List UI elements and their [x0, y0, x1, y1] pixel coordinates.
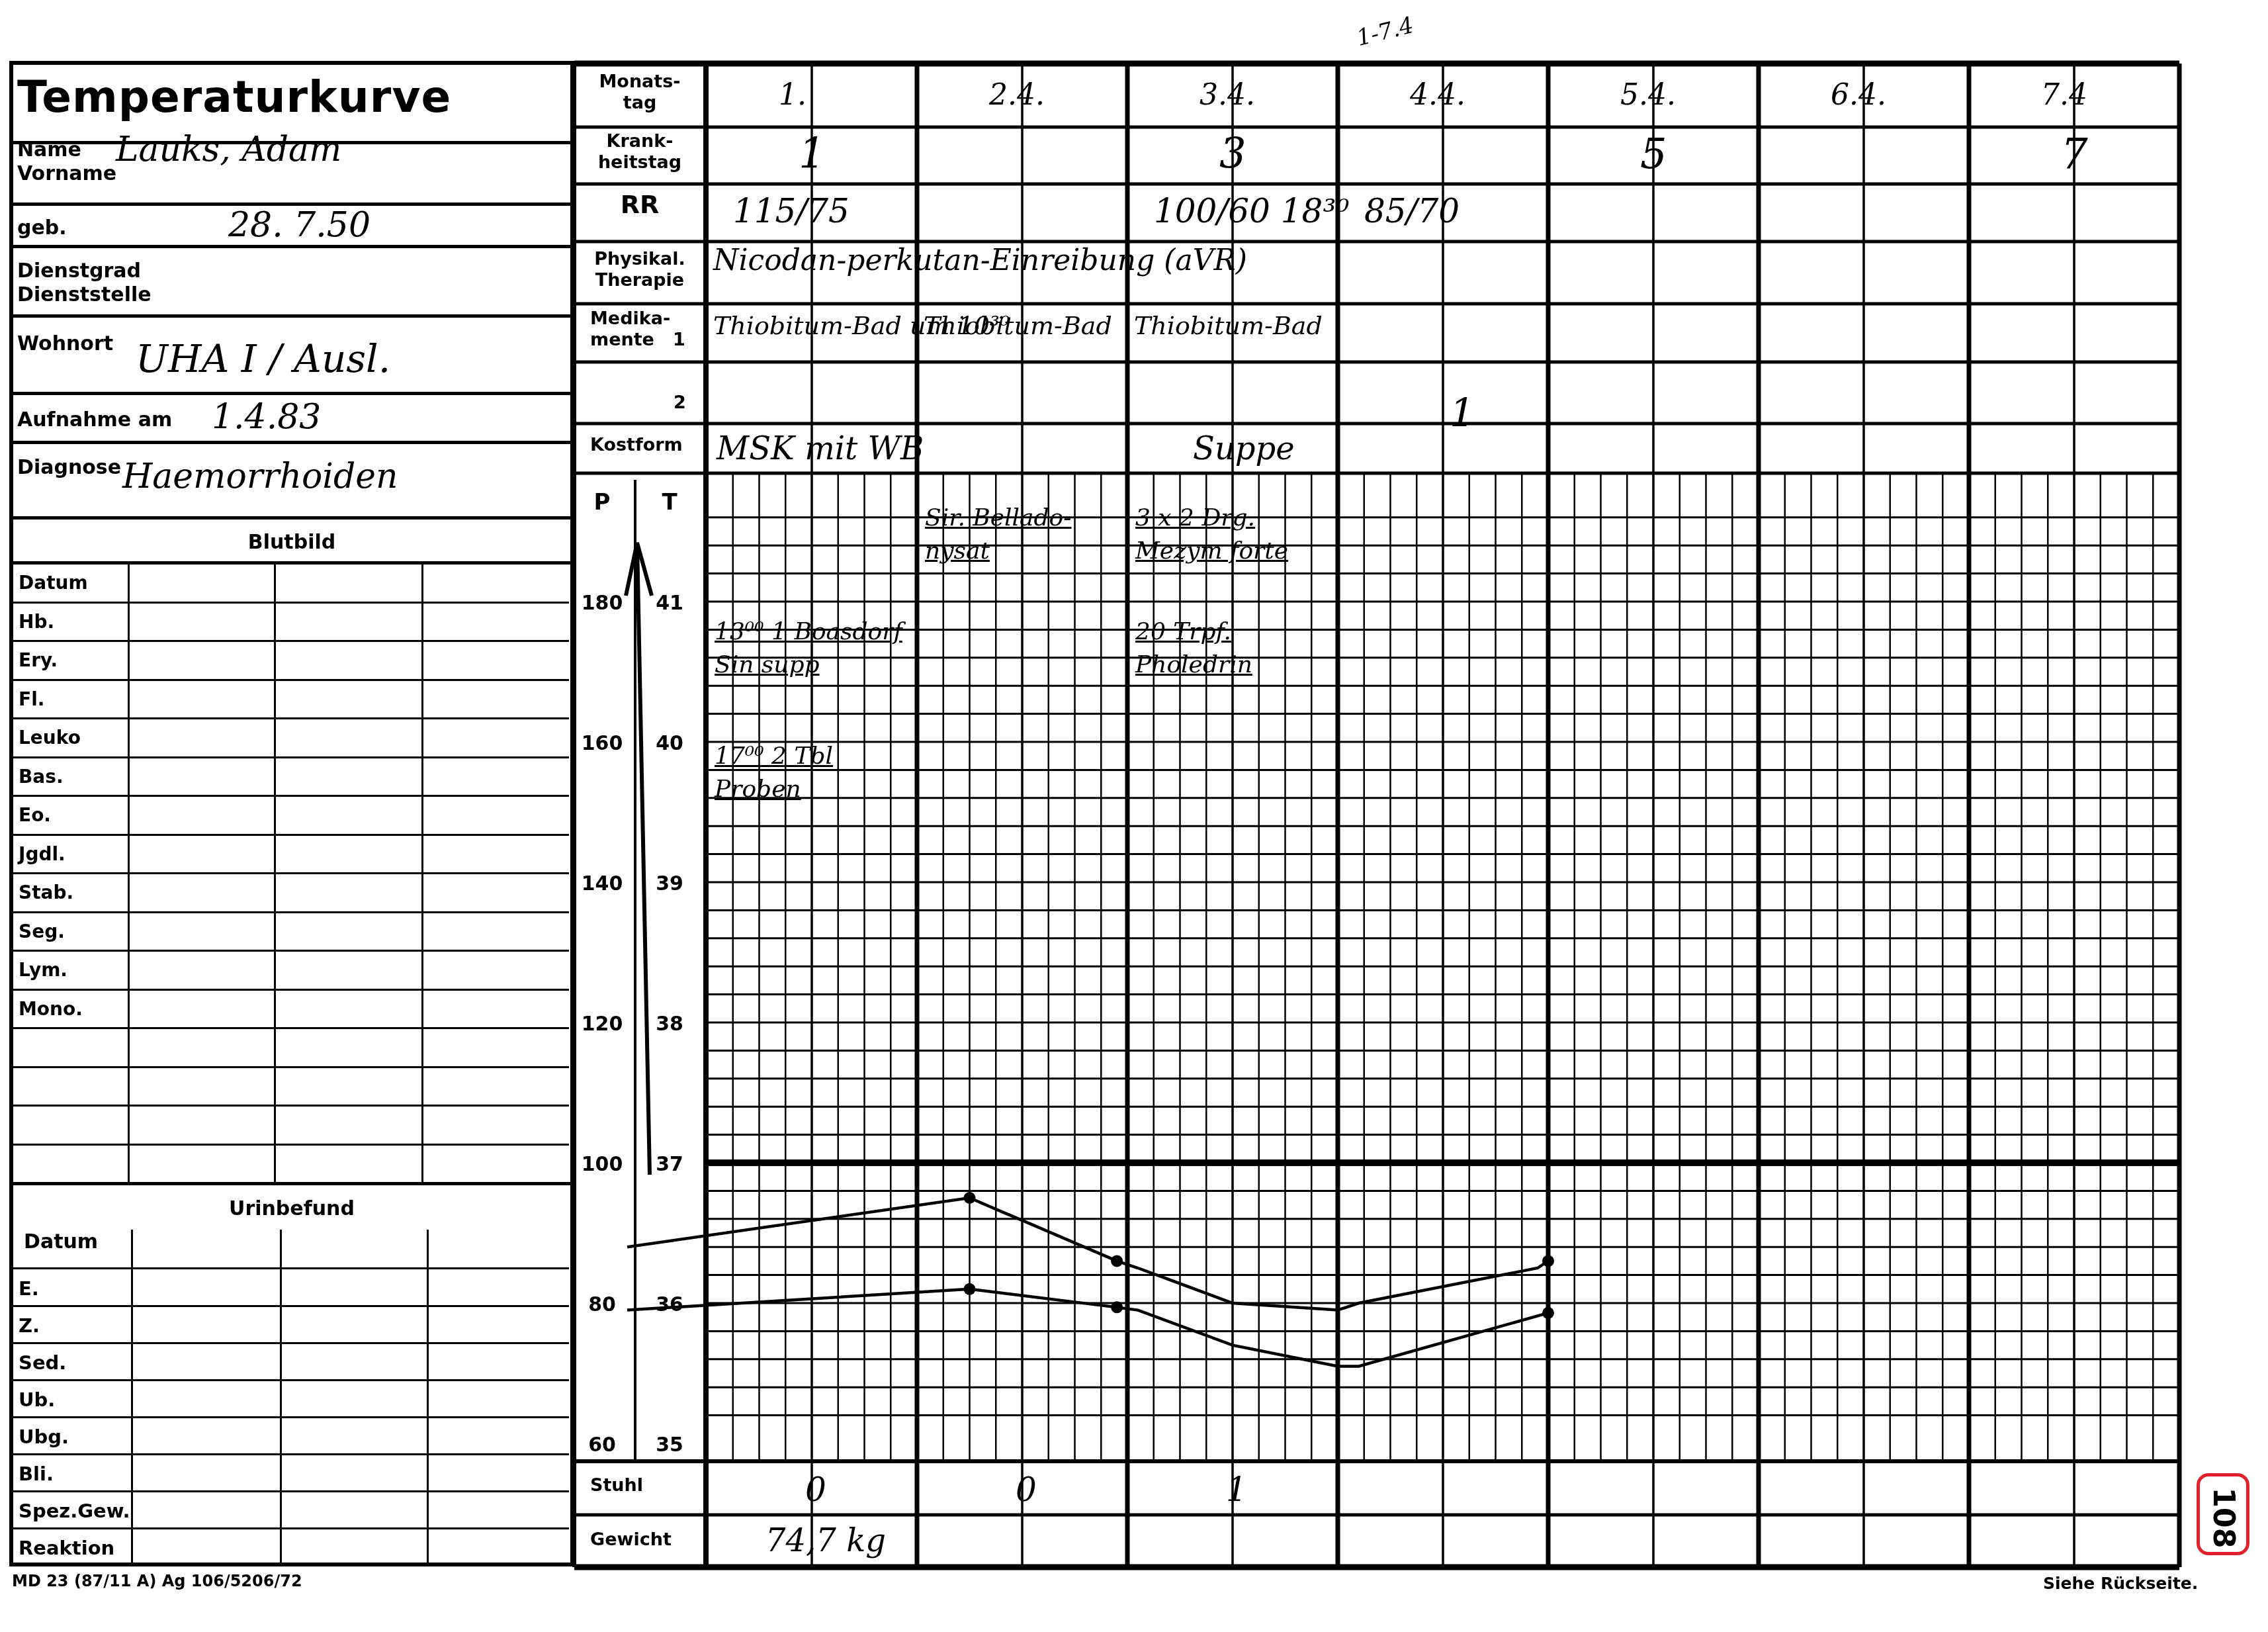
page-number: 108 [2206, 1488, 2240, 1541]
medikamente2-label: 2 [674, 392, 686, 414]
chart-annotation: 17⁰⁰ 2 Tbl Proben [715, 740, 912, 806]
rr-cell[interactable]: 85/70 [1364, 192, 1460, 230]
medikamente-label: Medika- mente 1 [590, 308, 703, 351]
stuhl-label: Stuhl [590, 1474, 643, 1497]
monatstag-cell[interactable]: 4.4. [1410, 78, 1465, 112]
monatstag-cell[interactable]: 6.4. [1831, 78, 1886, 112]
physikal-therapie-entry[interactable]: Nicodan-perkutan-Einreibung (aVR) [713, 244, 1247, 277]
monatstag-label: Monats- tag [577, 71, 703, 114]
svg-text:37: 37 [656, 1153, 683, 1176]
kostform-label: Kostform [590, 434, 683, 457]
svg-text:40: 40 [656, 732, 683, 755]
krankheitstag-cell[interactable]: 5 [1640, 130, 1667, 179]
kostform-cell[interactable]: MSK mit WB [717, 430, 924, 467]
svg-text:160: 160 [582, 732, 623, 755]
gewicht-cell[interactable]: 74,7 kg [765, 1522, 886, 1559]
kostform-cell[interactable]: Suppe [1193, 430, 1295, 467]
monatstag-cell[interactable]: 5.4. [1620, 78, 1676, 112]
svg-text:35: 35 [656, 1433, 683, 1457]
svg-text:140: 140 [582, 872, 623, 895]
svg-text:39: 39 [656, 872, 683, 895]
monatstag-cell[interactable]: 2.4. [989, 78, 1045, 112]
rr-cell[interactable]: 115/75 [733, 192, 850, 230]
krankheitstag-cell[interactable]: 3 [1219, 130, 1246, 179]
krankheitstag-cell[interactable]: 7 [2061, 130, 2088, 179]
stuhl-cell[interactable]: 0 [1016, 1471, 1037, 1509]
svg-text:41: 41 [656, 592, 683, 615]
see-reverse-note: Siehe Rückseite. [2043, 1574, 2198, 1593]
chart-annotation: 13⁰⁰ 1 Boasdorf Sin supp [715, 615, 912, 682]
krankheitstag-cell[interactable]: 1 [799, 130, 826, 179]
svg-text:36: 36 [656, 1293, 683, 1316]
stuhl-cell[interactable]: 1 [1226, 1471, 1247, 1509]
monatstag-cell[interactable]: 1. [779, 78, 807, 112]
medikamente-cell[interactable]: Thiobitum-Bad [1134, 311, 1323, 340]
chart-annotation: 20 Trpf. Pholedrin [1135, 615, 1332, 682]
svg-text:180: 180 [582, 592, 623, 615]
medikamente2-cell[interactable]: 1 [1450, 390, 1475, 437]
chart-annotation: Sir. Bellado-nysat [925, 502, 1122, 568]
monatstag-cell[interactable]: 3.4. [1199, 78, 1255, 112]
svg-text:100: 100 [582, 1153, 623, 1176]
krankheitstag-label: Krank- heitstag [577, 131, 703, 173]
monatstag-cell[interactable]: 7.4 [2041, 78, 2087, 112]
svg-text:P: P [594, 489, 611, 516]
physikal-label: Physikal. Therapie [577, 249, 703, 291]
svg-text:60: 60 [588, 1433, 616, 1457]
rr-label: RR [577, 193, 703, 216]
stuhl-cell[interactable]: 0 [805, 1471, 826, 1509]
chart-annotation: 3 x 2 Drg. Mezym forte [1135, 502, 1332, 568]
svg-text:80: 80 [588, 1293, 616, 1316]
svg-text:T: T [662, 489, 677, 516]
medikamente-cell[interactable]: Thiobitum-Bad [924, 311, 1112, 340]
rr-cell[interactable]: 100/60 18³⁰ [1154, 192, 1350, 230]
gewicht-label: Gewicht [590, 1529, 672, 1551]
svg-text:120: 120 [582, 1013, 623, 1036]
svg-text:38: 38 [656, 1013, 683, 1036]
